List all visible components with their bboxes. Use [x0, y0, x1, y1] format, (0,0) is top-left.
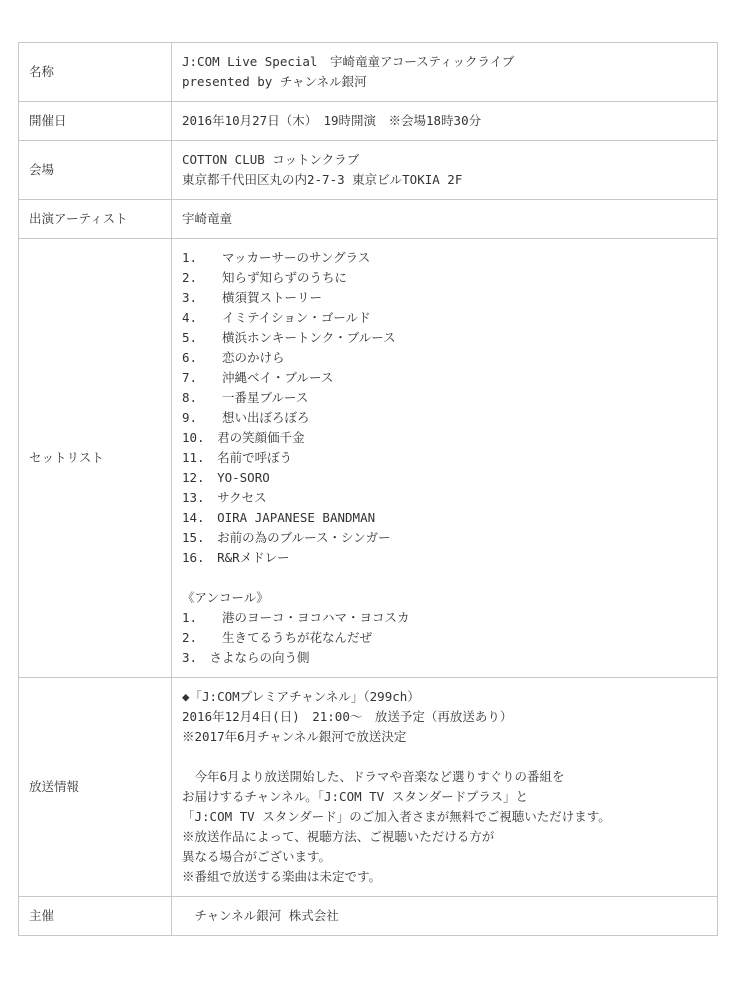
event-info-table: 名称J:COM Live Special 宇崎竜童アコースティックライブpres… — [18, 42, 718, 936]
value-line: 8. 一番星ブルース — [182, 388, 707, 408]
row-value: 宇崎竜童 — [172, 200, 718, 239]
value-line — [182, 747, 707, 767]
row-value: 1. マッカーサーのサングラス2. 知らず知らずのうちに3. 横須賀ストーリー4… — [172, 239, 718, 678]
value-line: 11. 名前で呼ぼう — [182, 448, 707, 468]
row-label: 会場 — [19, 141, 172, 200]
value-line: ◆「J:COMプレミアチャンネル」（299ch） — [182, 687, 707, 707]
value-line: 異なる場合がございます。 — [182, 847, 707, 867]
value-line: 2016年10月27日（木） 19時開演 ※会場18時30分 — [182, 111, 707, 131]
value-line: 宇崎竜童 — [182, 209, 707, 229]
value-line: 2. 生きてるうちが花なんだぜ — [182, 628, 707, 648]
row-label: 名称 — [19, 43, 172, 102]
row-organizer: 主催 チャンネル銀河 株式会社 — [19, 897, 718, 936]
value-line: 3. 横須賀ストーリー — [182, 288, 707, 308]
value-line: 2016年12月4日(日) 21:00～ 放送予定（再放送あり） — [182, 707, 707, 727]
row-value: 2016年10月27日（木） 19時開演 ※会場18時30分 — [172, 102, 718, 141]
value-line: 15. お前の為のブルース・シンガー — [182, 528, 707, 548]
value-line: 3. さよならの向う側 — [182, 648, 707, 668]
row-date: 開催日2016年10月27日（木） 19時開演 ※会場18時30分 — [19, 102, 718, 141]
value-line: 6. 恋のかけら — [182, 348, 707, 368]
value-line — [182, 568, 707, 588]
row-label: 出演アーティスト — [19, 200, 172, 239]
value-line: 「J:COM TV スタンダード」のご加入者さまが無料でご視聴いただけます。 — [182, 807, 707, 827]
row-label: 開催日 — [19, 102, 172, 141]
value-line: 今年6月より放送開始した、ドラマや音楽など選りすぐりの番組を — [182, 767, 707, 787]
value-line: ※放送作品によって、視聴方法、ご視聴いただける方が — [182, 827, 707, 847]
row-label: 放送情報 — [19, 678, 172, 897]
row-value: チャンネル銀河 株式会社 — [172, 897, 718, 936]
value-line: 7. 沖縄ベイ・ブルース — [182, 368, 707, 388]
row-value: COTTON CLUB コットンクラブ東京都千代田区丸の内2-7-3 東京ビルT… — [172, 141, 718, 200]
value-line: presented by チャンネル銀河 — [182, 72, 707, 92]
value-line: お届けするチャンネル。「J:COM TV スタンダードプラス」と — [182, 787, 707, 807]
row-venue: 会場COTTON CLUB コットンクラブ東京都千代田区丸の内2-7-3 東京ビ… — [19, 141, 718, 200]
row-value: ◆「J:COMプレミアチャンネル」（299ch）2016年12月4日(日) 21… — [172, 678, 718, 897]
row-value: J:COM Live Special 宇崎竜童アコースティックライブpresen… — [172, 43, 718, 102]
value-line: 1. 港のヨーコ・ヨコハマ・ヨコスカ — [182, 608, 707, 628]
row-broadcast: 放送情報◆「J:COMプレミアチャンネル」（299ch）2016年12月4日(日… — [19, 678, 718, 897]
value-line: 1. マッカーサーのサングラス — [182, 248, 707, 268]
value-line: 14. OIRA JAPANESE BANDMAN — [182, 508, 707, 528]
value-line: ※番組で放送する楽曲は未定です。 — [182, 867, 707, 887]
value-line: 4. イミテイション・ゴールド — [182, 308, 707, 328]
value-line: 13. サクセス — [182, 488, 707, 508]
row-name: 名称J:COM Live Special 宇崎竜童アコースティックライブpres… — [19, 43, 718, 102]
value-line: 12. YO-SORO — [182, 468, 707, 488]
row-label: セットリスト — [19, 239, 172, 678]
value-line: 2. 知らず知らずのうちに — [182, 268, 707, 288]
value-line: ※2017年6月チャンネル銀河で放送決定 — [182, 727, 707, 747]
row-setlist: セットリスト1. マッカーサーのサングラス2. 知らず知らずのうちに3. 横須賀… — [19, 239, 718, 678]
value-line: COTTON CLUB コットンクラブ — [182, 150, 707, 170]
row-label: 主催 — [19, 897, 172, 936]
value-line: 16. R&Rメドレー — [182, 548, 707, 568]
value-line: チャンネル銀河 株式会社 — [182, 906, 707, 926]
row-artist: 出演アーティスト宇崎竜童 — [19, 200, 718, 239]
value-line: 5. 横浜ホンキートンク・ブルース — [182, 328, 707, 348]
value-line: 9. 想い出ぼろぼろ — [182, 408, 707, 428]
value-line: 10. 君の笑顔価千金 — [182, 428, 707, 448]
value-line: 《アンコール》 — [182, 588, 707, 608]
value-line: 東京都千代田区丸の内2-7-3 東京ビルTOKIA 2F — [182, 170, 707, 190]
value-line: J:COM Live Special 宇崎竜童アコースティックライブ — [182, 52, 707, 72]
